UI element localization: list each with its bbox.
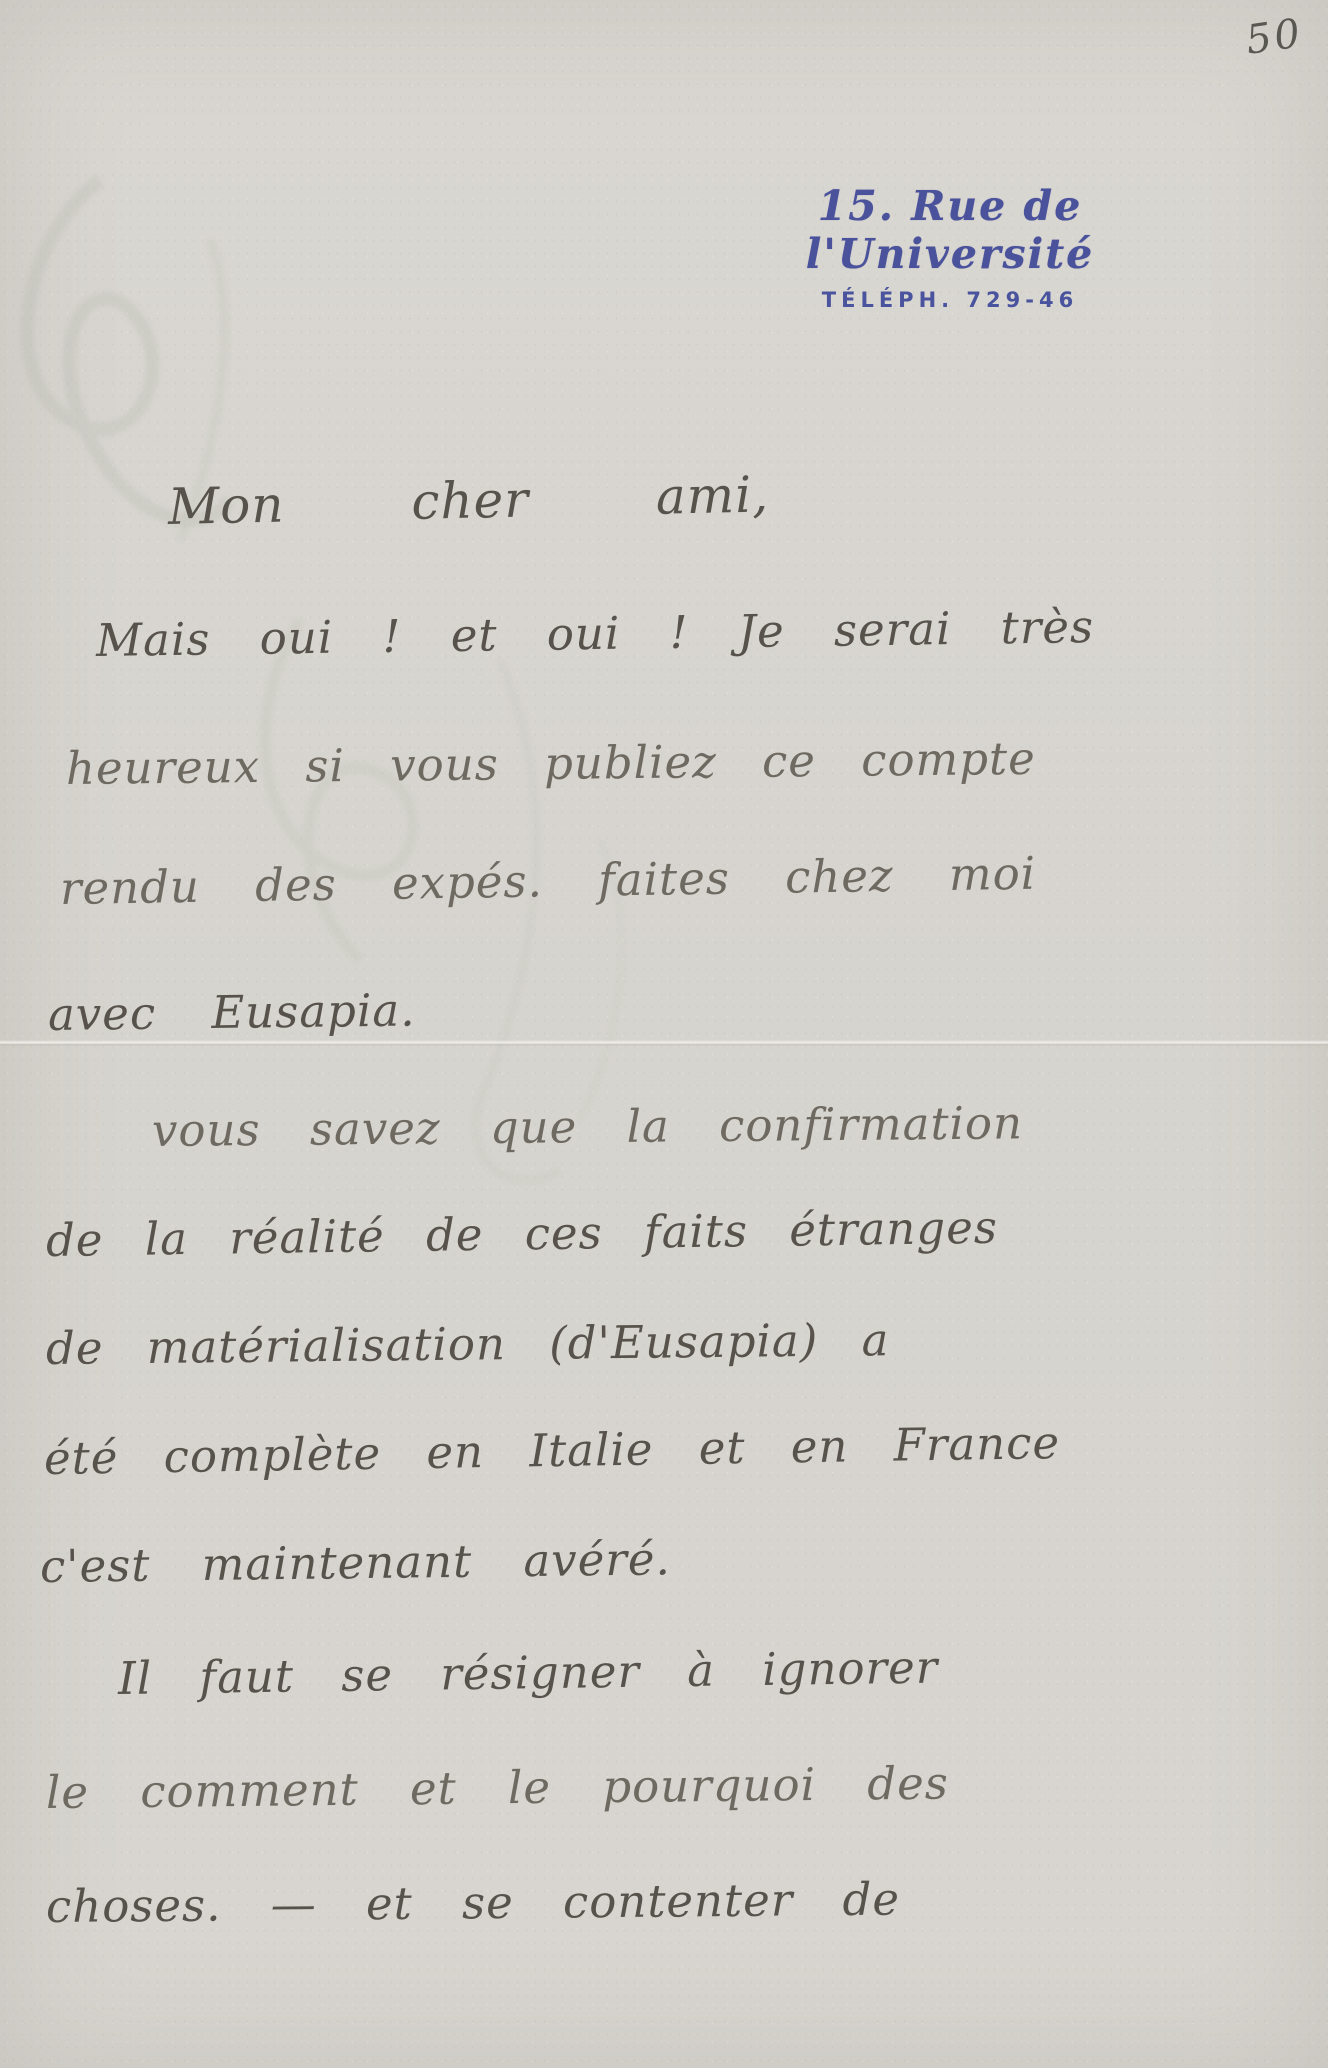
letter-line: choses. — et se contenter de (46, 1873, 900, 1933)
fold-crease (0, 1040, 1328, 1046)
letter-line: vous savez que la confirmation (152, 1096, 1023, 1157)
letter-line: de matérialisation (d'Eusapia) a (46, 1313, 890, 1375)
letter-line: de la réalité de ces faits étranges (46, 1201, 999, 1267)
letterhead: 15. Rue de l'Université TÉLÉPH. 729-46 (700, 182, 1200, 312)
letter-page: 50 15. Rue de l'Université TÉLÉPH. 729-4… (0, 0, 1328, 2068)
letter-line: c'est maintenant avéré. (40, 1532, 671, 1593)
letter-line: le comment et le pourquoi des (46, 1757, 949, 1819)
letter-line-salutation: Mon cher ami, (167, 465, 769, 536)
page-number: 50 (1243, 10, 1306, 63)
letter-line: Mais oui ! et oui ! Je serai très (96, 600, 1095, 667)
letter-line: été complète en Italie et en France (44, 1416, 1061, 1485)
letter-line: Il faut se résigner à ignorer (118, 1641, 939, 1705)
letter-line: heureux si vous publiez ce compte (66, 732, 1036, 795)
letter-line: rendu des expés. faites chez moi (60, 847, 1037, 915)
letter-line: avec Eusapia. (48, 984, 416, 1041)
letterhead-phone: TÉLÉPH. 729-46 (700, 288, 1200, 312)
ink-showthrough-top-left (0, 120, 400, 680)
letterhead-address: 15. Rue de l'Université (700, 182, 1200, 278)
